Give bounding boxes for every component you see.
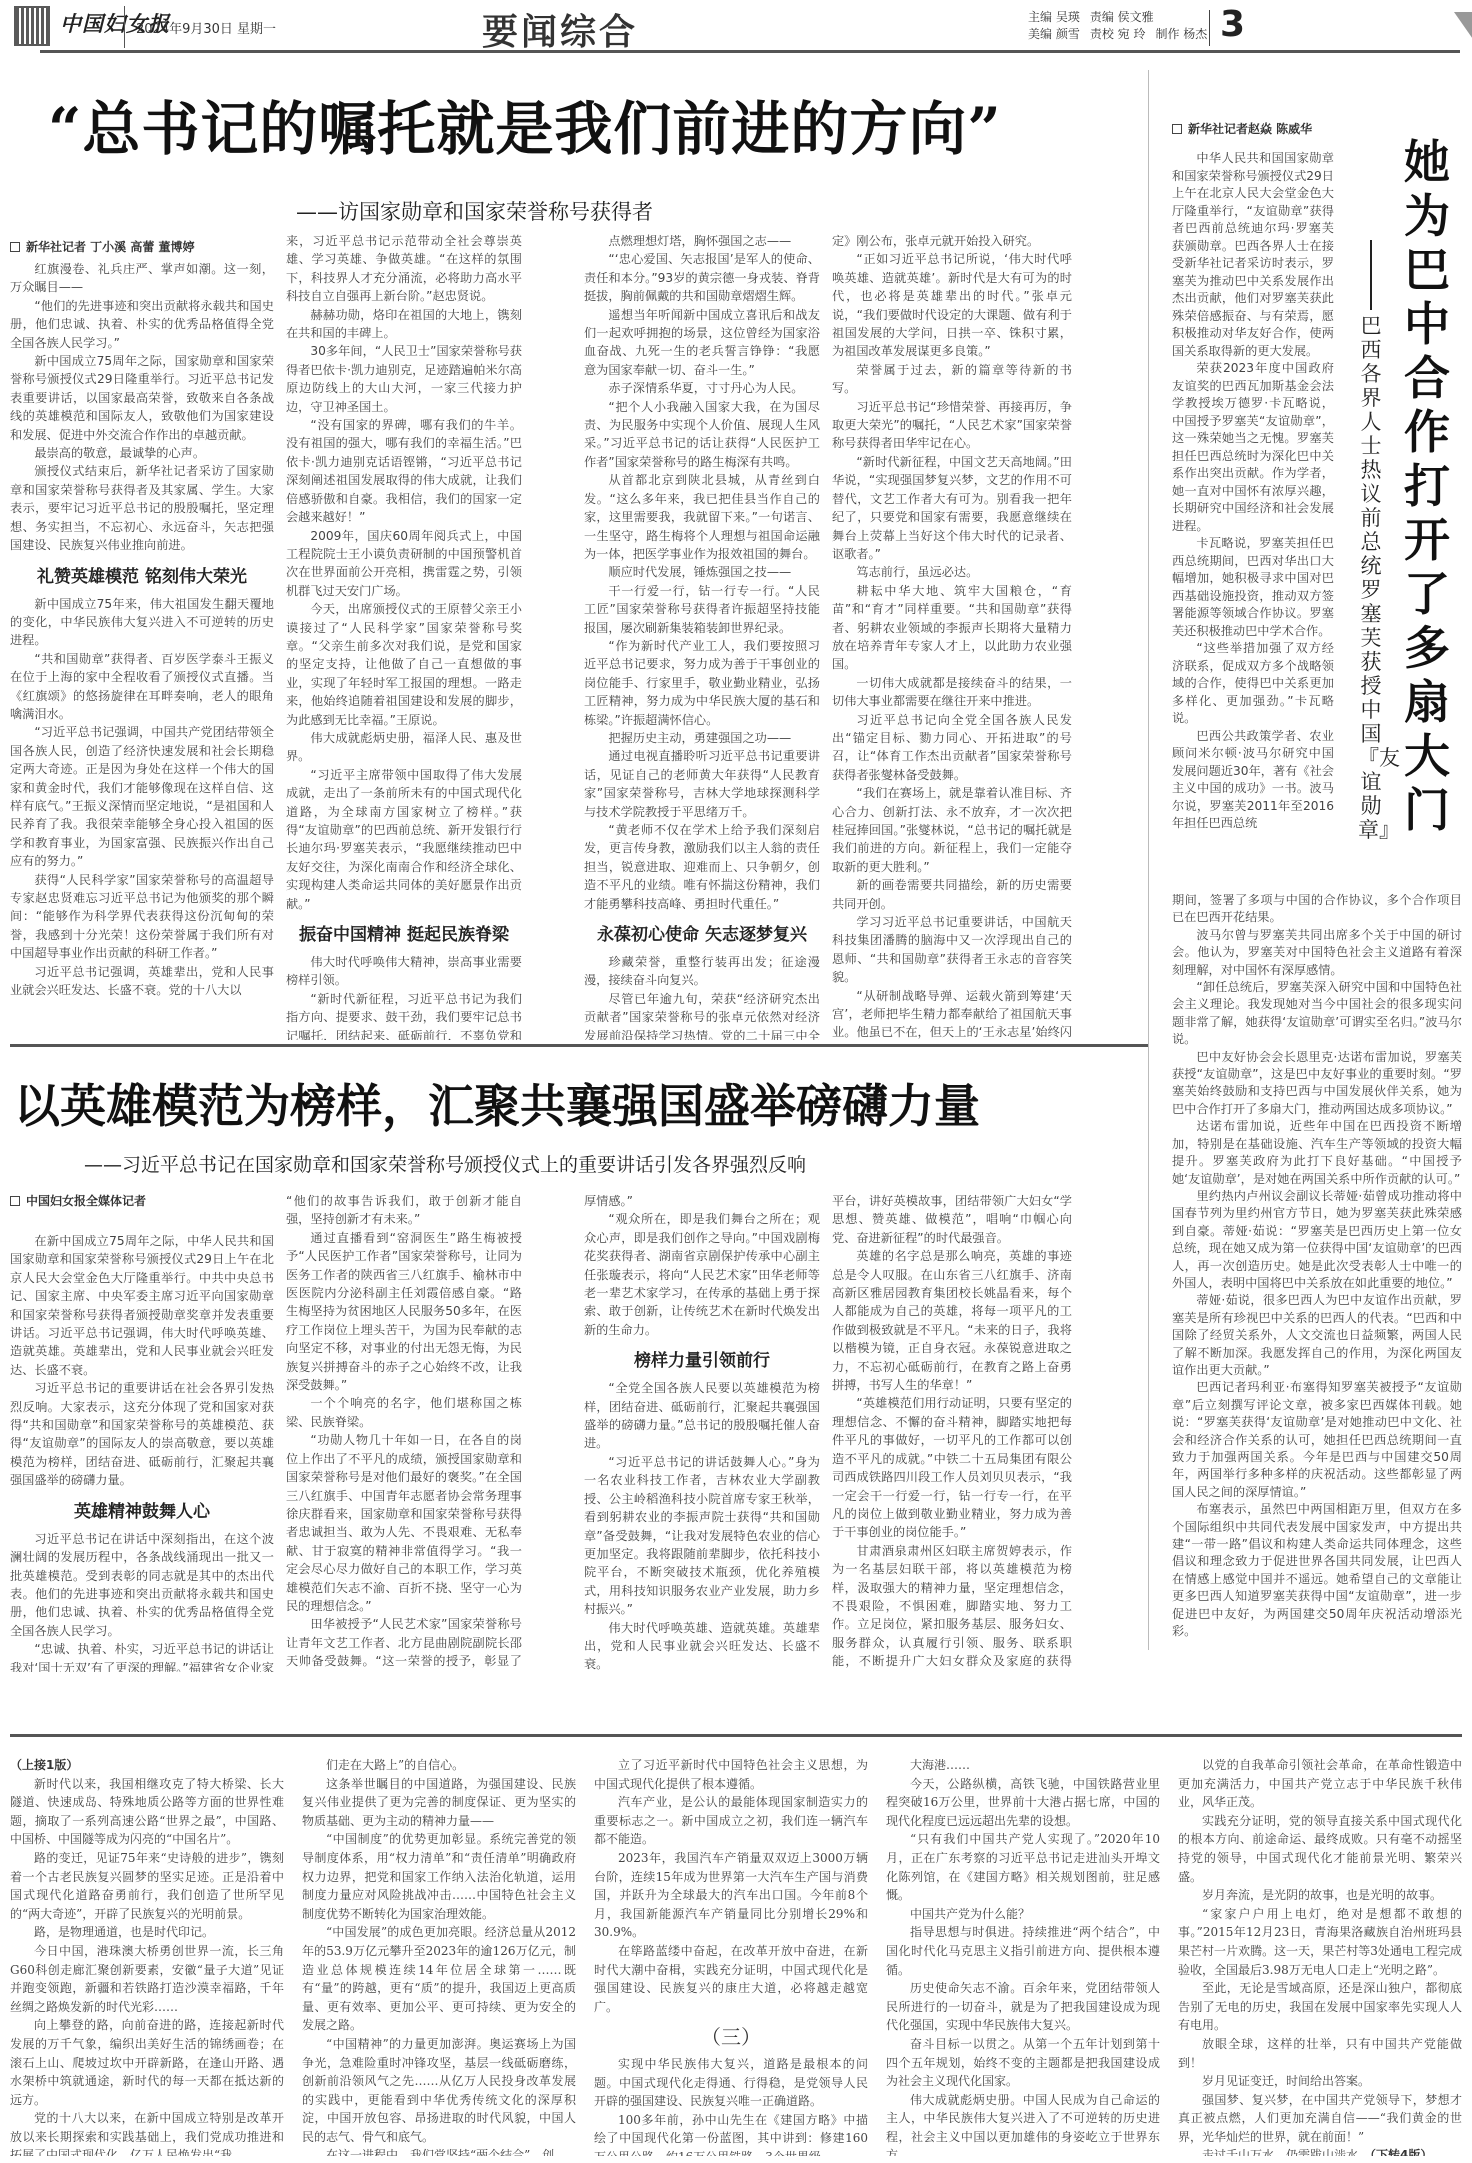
article1-subheading-1: 礼赞英雄模范 铭刻伟大荣光 <box>10 565 274 589</box>
article2-headline[interactable]: 以英雄模范为榜样，汇聚共襄强国盛举磅礴力量 <box>14 1070 980 1136</box>
masthead-rule <box>40 50 1460 53</box>
article3-column-3: 立了习近平新时代中国特色社会主义思想，为中国式现代化提供了根本遵循。 汽车产业，… <box>594 1756 868 2156</box>
page-number-divider <box>1209 10 1210 46</box>
article3-column-2: 们走在大路上”的自信心。 这条举世瞩目的中国道路，为强国建设、民族复兴伟业提供了… <box>302 1756 576 2156</box>
credit-producer: 制作 杨杰 <box>1155 27 1207 41</box>
side-subhead-dash <box>1370 240 1372 310</box>
article3-column-1: （上接1版） 新时代以来，我国相继攻克了特大桥梁、长大隧道、快速成岛、特殊地质公… <box>10 1756 284 2156</box>
masthead: 中国妇女报 2024年9月30日 星期一 要闻综合 主编 吴瑛责编 侯文雅 美编… <box>12 0 1460 52</box>
article1-column-1: 红旗漫卷、礼兵庄严、掌声如潮。这一刻，万众瞩目—— “他们的先进事迹和突出贡献将… <box>10 260 274 1040</box>
article2-bottom-rule <box>10 1734 1462 1737</box>
side-article-narrow-column: 中华人民共和国国家勋章和国家荣誉称号颁授仪式29日上午在北京人民大会堂金色大厅隆… <box>1172 150 1334 890</box>
article3-column-5: 以党的自我革命引领社会革命，在革命性锻造中更加充满活力，中国共产党立志于中华民族… <box>1178 1756 1462 2156</box>
article1-byline: 新华社记者 丁小溪 高蕾 董博婷 <box>10 238 195 255</box>
article2-byline: 中国妇女报全媒体记者 <box>10 1192 146 1209</box>
editor-credits: 主编 吴瑛责编 侯文雅 美编 颜雪责校 宛 玲制作 杨杰 <box>1028 9 1217 43</box>
article2-column-2: “他们的故事告诉我们，敢于创新才能自强，坚持创新才有未来。” 通过直播看到“窑洞… <box>286 1192 522 1672</box>
byline-box-icon <box>10 242 20 252</box>
side-article-wide-column: 期间，签署了多项与中国的合作协议，多个合作项目已在巴西开花结果。 波马尔曾与罗塞… <box>1172 892 1462 1662</box>
section-title: 要闻综合 <box>482 4 638 55</box>
credit-art-editor: 美编 颜雪 <box>1028 27 1080 41</box>
article1-subheading-3: 永葆初心使命 矢志逐梦复兴 <box>584 923 820 947</box>
article1-subhead: ——访国家勋章和国家荣誉称号获得者 <box>296 196 653 226</box>
continued-to-label[interactable]: （下转4版） <box>1370 2148 1432 2156</box>
side-column-divider <box>1148 70 1149 1650</box>
credit-proofreader: 责校 宛 玲 <box>1090 27 1146 41</box>
issue-date: 2024年9月30日 星期一 <box>136 18 276 37</box>
article3-section-marker: （三） <box>594 2028 868 2047</box>
page-corner-triangle-icon <box>1454 12 1472 52</box>
masthead-divider <box>124 6 125 48</box>
byline-box-icon <box>1172 124 1182 134</box>
page-number: 3 <box>1220 4 1245 45</box>
article2-column-1: 在新中国成立75周年之际，中华人民共和国国家勋章和国家荣誉称号颁授仪式29日上午… <box>10 1232 274 1672</box>
article1-column-4: 定》刚公布，张卓元就开始投入研究。 “正如习近平总书记所说，‘伟大时代呼唤英雄、… <box>832 232 1072 1040</box>
article2-column-3: 厚情感。” “观众所在，即是我们舞台之所在；观众心声，即是我们创作之导向。”中国… <box>584 1192 820 1672</box>
side-article-byline: 新华社记者赵焱 陈威华 <box>1172 120 1312 137</box>
continued-from-label: （上接1版） <box>10 1756 284 1775</box>
side-article-subhead: 巴西各界人士热议前总统罗塞芙获授中国『友谊勋章』 <box>1358 314 1384 842</box>
article1-headline[interactable]: “总书记的嘱托就是我们前进的方向” <box>48 82 1002 166</box>
article2-subhead: ——习近平总书记在国家勋章和国家荣誉称号颁授仪式上的重要讲话引发各界强烈反响 <box>84 1150 806 1177</box>
article1-subheading-2: 振奋中国精神 挺起民族脊梁 <box>286 923 522 947</box>
article2-subheading-1: 英雄精神鼓舞人心 <box>10 1500 274 1524</box>
article2-subheading-2: 榜样力量引领前行 <box>584 1349 820 1373</box>
qr-code-icon[interactable] <box>14 6 50 46</box>
newspaper-page: 中国妇女报 2024年9月30日 星期一 要闻综合 主编 吴瑛责编 侯文雅 美编… <box>0 0 1472 2163</box>
byline-box-icon <box>10 1196 20 1206</box>
article1-bottom-rule <box>10 1044 1148 1047</box>
article3-column-4: 大海港…… 今天，公路纵横，高铁飞驰，中国铁路营业里程突破16万公里，世界前十大… <box>886 1756 1160 2156</box>
credit-chief-editor: 主编 吴瑛 <box>1028 10 1080 24</box>
article1-column-2: 来，习近平总书记示范带动全社会尊崇英雄、学习英雄、争做英雄。“在这样的氛围下，科… <box>286 232 522 1040</box>
article2-column-4: 平台，讲好英模故事，团结带领广大妇女“学思想、赞英雄、做模范”，唱响“巾帼心向党… <box>832 1192 1072 1672</box>
credit-editor: 责编 侯文雅 <box>1090 10 1154 24</box>
side-article-headline[interactable]: 她为巴中合作打开了多扇大门 <box>1400 135 1454 837</box>
article1-column-3: 点燃理想灯塔，胸怀强国之志—— “‘忠心爱国、矢志报国’是军人的使命、责任和本分… <box>584 232 820 1040</box>
